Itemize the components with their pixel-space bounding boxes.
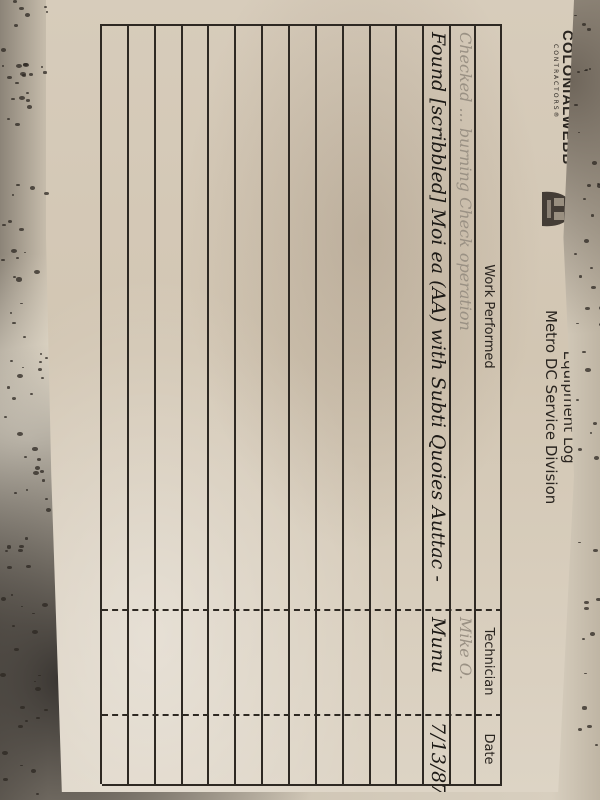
grit-speck <box>16 257 19 259</box>
cell-date: 7/13/87 <box>426 722 449 795</box>
grit-speck <box>14 24 18 27</box>
grit-speck <box>2 65 4 66</box>
form-title-block: Equipment Log Metro DC Service Division <box>542 310 578 504</box>
grit-speck <box>40 353 42 355</box>
grit-speck <box>37 458 41 461</box>
grit-speck <box>7 386 10 388</box>
company-emblem-icon <box>536 186 582 232</box>
grit-speck <box>585 368 590 372</box>
grit-speck <box>594 456 600 460</box>
grit-speck <box>12 194 15 196</box>
grit-speck <box>25 13 30 17</box>
grit-speck <box>34 270 40 274</box>
grit-speck <box>590 432 592 434</box>
grit-speck <box>592 161 597 164</box>
grit-speck <box>11 249 17 253</box>
grit-speck <box>36 793 38 795</box>
grit-speck <box>15 123 20 127</box>
grit-speck <box>585 307 590 311</box>
column-divider <box>102 714 502 716</box>
grit-speck <box>11 594 14 596</box>
grit-speck <box>587 725 592 728</box>
grit-speck <box>584 239 590 243</box>
grit-speck <box>12 625 15 627</box>
grit-speck <box>45 498 48 500</box>
grit-speck <box>2 224 6 227</box>
grit-speck <box>10 360 12 362</box>
cell-technician: Mike O. <box>453 617 476 680</box>
cell-technician: Munu <box>426 617 449 673</box>
grit-speck <box>1 259 4 261</box>
grit-speck <box>21 606 23 608</box>
cell-work-performed: Checked ... burning Check operation <box>453 32 476 331</box>
grit-speck <box>589 68 592 70</box>
grit-speck <box>7 545 12 548</box>
grit-speck <box>574 104 577 106</box>
grit-speck <box>578 132 580 133</box>
grit-speck <box>595 744 598 746</box>
form-subtitle: Metro DC Service Division <box>542 310 560 504</box>
grit-speck <box>574 15 577 17</box>
grit-speck <box>3 778 7 781</box>
grit-speck <box>32 613 34 615</box>
header-date: Date <box>476 714 500 784</box>
row-divider <box>127 24 129 784</box>
grit-speck <box>19 545 24 548</box>
grit-speck <box>2 751 8 755</box>
grit-speck <box>584 70 587 72</box>
grit-speck <box>14 648 19 652</box>
grit-speck <box>12 322 16 325</box>
grit-speck <box>16 184 19 186</box>
grit-speck <box>20 706 25 709</box>
grit-speck <box>593 549 597 552</box>
grit-speck <box>582 23 586 26</box>
grit-speck <box>23 336 26 338</box>
grit-speck <box>7 76 11 79</box>
grit-speck <box>7 566 12 569</box>
grit-speck <box>578 542 581 544</box>
grit-speck <box>591 286 596 289</box>
grit-speck <box>26 489 28 491</box>
grit-speck <box>38 368 42 371</box>
grit-speck <box>16 64 22 68</box>
grit-speck <box>34 681 36 682</box>
grit-speck <box>22 367 24 368</box>
row-divider <box>422 24 424 784</box>
grit-speck <box>590 267 593 269</box>
company-branding: COLONIALWEBB CONTRACTORS® <box>552 30 576 180</box>
grit-speck <box>20 765 23 767</box>
grit-speck <box>25 720 27 722</box>
form-title: Equipment Log <box>560 310 578 504</box>
grit-speck <box>23 63 27 66</box>
row-divider <box>395 24 397 784</box>
grit-speck <box>24 456 27 458</box>
grit-speck <box>574 253 577 255</box>
cell-work-performed: Found [scribbled] Moi ea (AA) with Subti… <box>426 32 449 582</box>
grit-speck <box>17 374 23 378</box>
grit-speck <box>35 466 40 470</box>
grit-speck <box>26 565 31 568</box>
pencil-annotation: 15013 <box>586 308 600 394</box>
grit-speck <box>596 598 600 601</box>
grit-speck <box>13 0 17 3</box>
log-table: Work Performed Technician Date Checked .… <box>102 24 502 784</box>
grit-speck <box>27 105 32 108</box>
grit-speck <box>24 252 26 253</box>
header-work-performed: Work Performed <box>476 24 500 609</box>
table-header: Work Performed Technician Date <box>474 24 502 784</box>
grit-speck <box>19 7 24 11</box>
grit-speck <box>16 277 22 281</box>
grit-speck <box>22 74 26 77</box>
grit-speck <box>26 92 29 94</box>
grit-speck <box>20 303 23 305</box>
grit-speck <box>31 769 36 773</box>
grit-speck <box>584 601 589 605</box>
grit-speck <box>12 397 16 400</box>
company-tagline: CONTRACTORS® <box>552 44 559 180</box>
row-divider <box>288 24 290 784</box>
grit-speck <box>582 638 585 640</box>
grit-speck <box>576 399 579 401</box>
header-technician: Technician <box>476 609 500 714</box>
row-divider <box>207 24 209 784</box>
row-divider <box>181 24 183 784</box>
row-divider <box>261 24 263 784</box>
grit-speck <box>17 432 23 436</box>
grit-speck <box>44 709 48 712</box>
grit-speck <box>5 550 8 552</box>
rotated-form: 15013 COLONIALWEBB CONTRACTORS® Equipmen… <box>86 10 600 790</box>
grit-speck <box>18 725 23 728</box>
row-divider <box>369 24 371 784</box>
row-divider <box>154 24 156 784</box>
grit-speck <box>593 422 597 425</box>
grit-speck <box>584 673 586 675</box>
grit-speck <box>578 448 582 451</box>
grit-speck <box>579 275 583 278</box>
grit-speck <box>576 323 578 325</box>
grit-speck <box>1 48 6 51</box>
grit-speck <box>35 687 41 691</box>
row-divider <box>234 24 236 784</box>
grit-speck <box>10 312 12 313</box>
grit-speck <box>41 66 43 68</box>
grit-speck <box>38 675 41 677</box>
grit-speck <box>29 73 33 76</box>
equipment-log-sheet: 15013 COLONIALWEBB CONTRACTORS® Equipmen… <box>46 0 574 792</box>
grit-speck <box>577 71 580 73</box>
grit-speck <box>584 607 589 610</box>
grit-speck <box>582 351 586 354</box>
grit-speck <box>46 11 48 12</box>
grit-speck <box>32 630 38 634</box>
grit-speck <box>14 492 16 494</box>
grit-speck <box>25 537 28 539</box>
column-divider <box>102 609 502 611</box>
grit-speck <box>15 82 19 85</box>
grit-speck <box>32 447 37 451</box>
row-divider <box>342 24 344 784</box>
grit-speck <box>0 673 6 677</box>
grit-speck <box>26 99 30 101</box>
grit-speck <box>18 549 23 552</box>
grit-speck <box>578 728 582 731</box>
grit-speck <box>583 198 586 200</box>
grit-speck <box>46 508 51 512</box>
grit-speck <box>40 470 44 473</box>
grit-speck <box>590 632 595 635</box>
grit-speck <box>39 361 43 364</box>
grit-speck <box>7 118 10 120</box>
grit-speck <box>582 706 587 709</box>
grit-speck <box>19 96 25 100</box>
grit-speck <box>4 416 7 418</box>
row-divider <box>100 24 102 784</box>
grit-speck <box>19 228 24 232</box>
grit-speck <box>591 214 594 216</box>
grit-speck <box>36 717 39 719</box>
row-divider <box>315 24 317 784</box>
table-border-left <box>102 24 502 26</box>
grit-speck <box>1 597 6 601</box>
grit-speck <box>45 357 48 359</box>
grit-speck <box>30 393 32 395</box>
row-divider <box>449 24 451 784</box>
grit-speck <box>587 184 592 187</box>
grit-speck <box>42 479 46 482</box>
grit-speck <box>11 98 14 100</box>
grit-speck <box>41 377 44 379</box>
grit-speck <box>30 186 35 189</box>
grit-speck <box>587 28 591 30</box>
grit-speck <box>42 603 48 607</box>
grit-speck <box>43 71 46 73</box>
grit-speck <box>33 471 39 475</box>
grit-speck <box>8 220 12 223</box>
